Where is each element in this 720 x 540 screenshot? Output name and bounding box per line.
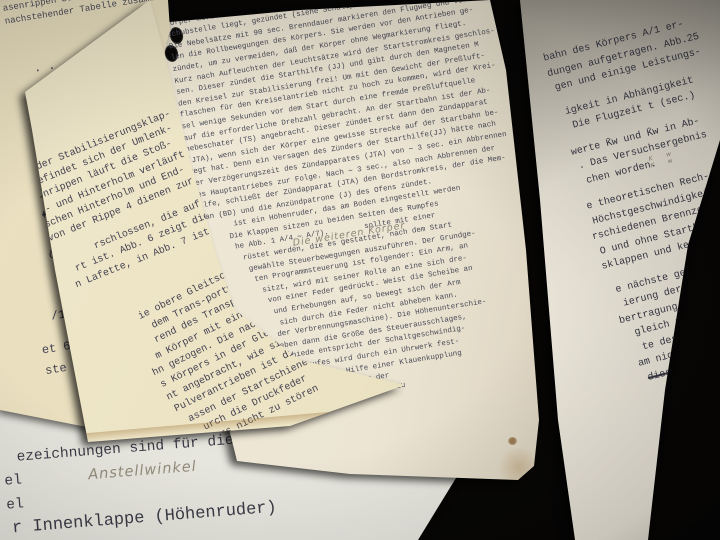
page-left-fragments: · ·kg· ·kguf-e2, 32nd 5-gur-örperanteurt… <box>0 58 104 394</box>
text-line: sklappen und keine <box>594 210 720 277</box>
text-line: örper <box>0 239 86 281</box>
text-line: schiede entspricht der Schaltgeschwindig… <box>219 307 576 375</box>
text-line: gur- <box>0 219 83 261</box>
aged-corner <box>496 448 542 486</box>
text-line: dem Trans-portwagen <box>0 267 267 411</box>
text-line <box>563 85 720 147</box>
pencil-annotation-middle: Die weiteren Körper <box>292 220 406 249</box>
text-line: - und Hinterholm verläuft <box>0 148 189 274</box>
text-line: urte <box>0 280 92 322</box>
text-line: et 60 %. <box>0 332 101 374</box>
text-line: el <box>6 450 566 517</box>
text-line: urch die Druckfeder <box>41 369 317 513</box>
text-line: . Das Versuchsergebnis <box>569 110 720 177</box>
page-left-header-text: asenrippen bestehen ausnachstehender Tab… <box>2 0 233 29</box>
text-line: r Innenklappe (Höhenruder) <box>7 474 567 540</box>
text-line: kg <box>0 78 60 120</box>
page-two-upper-text: tange der Stabilisierungsklap-befindet s… <box>0 108 220 348</box>
text-line: Anstellwinkel <box>4 427 564 494</box>
text-line: rammablaufes wird durch ein Uhrwerk fest… <box>221 318 578 386</box>
text-line: hilfe, schließt der Zündapparat (JTA) de… <box>194 146 551 214</box>
text-line: e theoretischen Rech- <box>579 149 720 216</box>
punch-hole-icon <box>168 26 184 45</box>
text-line: 2, 32 <box>0 179 76 221</box>
text-line: n Lafette, in Abb. 7 ist <box>0 223 220 349</box>
text-line: Körpers nicht zu stören <box>48 382 324 526</box>
text-line: nd Cy, CL, CN u <box>0 380 560 447</box>
text-line: hn gezogen. Die nachfol- <box>10 305 286 449</box>
text-line: Pulverantrieben ist die <box>29 343 305 487</box>
text-line: hrungen, die aerodynamisch verkleidet. D… <box>163 0 520 19</box>
text-line: Höchstgeschwindigkeit <box>583 164 720 231</box>
text-line: gleich nach dem <box>612 279 720 346</box>
page-bottom-sheet: nd Cy, CL, CN uezeichnungen sind für die… <box>0 0 720 540</box>
text-line: s Körpers in der Gleit- <box>16 318 292 462</box>
text-line: kg <box>0 118 67 160</box>
text-line: ezeichnungen sind für die Winkel: <box>2 403 562 470</box>
text-line: Die Flugzeit t (sec.) <box>559 70 720 137</box>
text-line: m Körper mit einer an <box>4 292 280 436</box>
text-line: schubstelle liegt, gezündet (siehe Schal… <box>167 0 524 42</box>
text-line: von der Rippe 4 dienen zur <box>0 174 200 300</box>
text-line: rüstet werden, die es gestattet, nach de… <box>203 204 560 272</box>
text-line: am nicht mehr zum <box>619 310 720 377</box>
page-right-shadow-overlay <box>480 0 720 210</box>
page-middle: hrungen, die aerodynamisch verkleidet. D… <box>0 0 720 540</box>
photo-vignette <box>0 0 720 540</box>
text-line: chen worden. <box>573 125 720 192</box>
text-line: bertragung von Meß- <box>608 264 720 331</box>
page-left: asenrippen bestehen ausnachstehender Tab… <box>0 0 720 540</box>
text-line: Kurz nach Aufleuchten der Leuchtsätze wi… <box>174 20 531 88</box>
text-line: gewählte Steuerbewegungen auszuführen. D… <box>205 215 562 283</box>
text-line: wischen Hinterholm und End- <box>0 161 195 287</box>
text-line: ten Programmsteuerung ist folgender: Ein… <box>207 227 564 295</box>
text-line: tange der Stabilisierungsklap- <box>0 108 173 234</box>
text-line: assen der Startschiene <box>35 356 311 500</box>
text-line: der Verbrennungsmaschine). Die Höhenunte… <box>216 284 573 352</box>
text-line: rend des Transportes. <box>0 280 274 424</box>
text-line <box>553 45 720 107</box>
text-line: ierung der Rollbe- <box>604 249 720 316</box>
page-two-lower-text: ie obere Gleitschienedem Trans-portwagen… <box>0 254 323 526</box>
text-line: ist ein Höhenruder, das am Boden eingest… <box>197 169 554 237</box>
page-bottom-text: nd Cy, CL, CN uezeichnungen sind für die… <box>0 380 567 540</box>
text-line: uf- <box>0 139 70 181</box>
text-line: sen. Dieser zündet die Starthilfe (JJ) u… <box>176 32 533 100</box>
text-line: hebeschater (TS) angebracht. Dieser zünd… <box>185 89 542 157</box>
text-line: des Hauptantriebes zur Folge. Nach ∼ 3 s… <box>192 135 549 203</box>
text-line: gen und einige Leistungs- <box>549 30 720 97</box>
aged-edge <box>72 406 402 444</box>
text-line: ie obere Gleitschiene <box>0 254 261 398</box>
page-two: tange der Stabilisierungsklap-befindet s… <box>0 0 720 540</box>
text-line: igkeit in Abhängigkeit <box>556 55 720 122</box>
pencil-annotation-kw: Kw Kw <box>648 139 720 170</box>
text-line: bringt. Nach einer Umdrehung der <box>225 341 582 409</box>
text-line: nt angebracht, wie sie <box>23 331 299 475</box>
text-line: e <box>0 159 73 201</box>
text-line: sitzt, wird mit seiner Rolle an eine sic… <box>208 238 565 306</box>
text-line: Die Klappen sitzen zu beiden Seiten des … <box>199 181 556 249</box>
photo-of-typewritten-documents: bahn des Körpers A/1 er-dungen aufgetrag… <box>0 0 720 540</box>
page-left-sheet: asenrippen bestehen ausnachstehender Tab… <box>0 0 720 540</box>
text-line: e nächste gestartet <box>600 234 720 301</box>
text-line: · · <box>0 58 57 100</box>
page-two-sheet: tange der Stabilisierungsklap-befindet s… <box>0 0 720 540</box>
page-right-text: bahn des Körpers A/1 er-dungen aufgetrag… <box>542 0 720 392</box>
text-line: körper werden von einem Startbunker aus,… <box>165 0 522 31</box>
text-line: flaschen für den Kreiselantrieb nicht zu… <box>179 55 536 123</box>
text-line: sel wenige Sekunden vor dem Start durch … <box>181 66 538 134</box>
text-line: zündet, um zu vermeiden, daß der Körper … <box>172 9 529 77</box>
page-middle-text: hrungen, die aerodynamisch verkleidet. D… <box>163 0 584 420</box>
text-line: werte K̄w und K̄w in Ab- <box>566 95 720 162</box>
text-line: Steuerprogramm wiederholen. Um das zu <box>226 352 583 420</box>
text-line: von einer Feder gedrückt. Weist die Sche… <box>210 249 567 317</box>
text-line: bahn des Körpers A/1 er- <box>542 0 720 67</box>
text-line: sich durch die Feder nicht abheben kann. <box>214 272 571 340</box>
text-line: befindet sich der Umlenk- <box>0 121 179 247</box>
text-line: nachstehender Tabelle zusammen <box>4 0 233 29</box>
text-line: nd 5- <box>0 199 80 241</box>
text-line: dungen aufgetragen. Abb.25 <box>546 15 720 82</box>
text-line: he Abb. 1 A/4 ∼ A/7). sollte mit einer <box>201 192 558 260</box>
text-line: (JTA), wenn sich der Körper eine gewisse… <box>187 101 544 169</box>
text-line: /1. In <box>0 300 95 342</box>
page-right-sheet: bahn des Körpers A/1 er-dungen aufgetrag… <box>0 0 720 540</box>
page-right: bahn des Körpers A/1 er-dungen aufgetrag… <box>0 0 720 540</box>
page-middle-sheet: hrungen, die aerodynamisch verkleidet. D… <box>0 0 720 540</box>
text-line <box>598 225 720 287</box>
text-line: ante <box>0 260 89 302</box>
text-line <box>577 140 720 202</box>
text-line: auf die erforderliche Drehzahl gebracht.… <box>183 78 540 146</box>
page-bottom: nd Cy, CL, CN uezeichnungen sind für die… <box>0 0 720 540</box>
text-line: Die Nebelsätze mit 90 sec. Brenndauer ma… <box>168 0 525 54</box>
text-line: el <box>4 427 564 494</box>
text-line: rt ist. Abb. 6 zeigt die <box>0 209 214 335</box>
text-line: senrippen läuft die Stoß- <box>0 134 184 260</box>
text-line <box>0 320 97 354</box>
text-line: ste sind <box>0 352 104 394</box>
text-line: rschlossen, die auf <box>0 196 209 322</box>
text-line: bran (BD) und die Anzündpatrone (J) des … <box>196 158 553 226</box>
text-line: wegt hat. Denn ein Versagen des Zünders … <box>188 112 545 180</box>
text-line: geben dann die Größe des Steuerausschlag… <box>217 295 574 363</box>
text-line: rschiedenen Brennzei- <box>587 179 720 246</box>
text-line: den Kreisel zur Stabilisierung frei! Um … <box>178 43 535 111</box>
text-line: O und ohne Starthilfe <box>591 195 720 262</box>
text-line: · · <box>0 98 64 140</box>
text-line <box>0 187 204 309</box>
text-line: len die Rollbewegungen des Körpers. Sie … <box>170 0 527 65</box>
text-line: te deshalb mit <box>615 294 720 361</box>
punch-hole-icon <box>163 44 179 63</box>
stain <box>508 437 517 445</box>
text-line: der Verzögerungszeit des Zündapparates (… <box>190 123 547 191</box>
text-line: in Zeit mit Hilfe einer Klauenkupplung <box>223 330 580 398</box>
text-line: asenrippen bestehen aus <box>2 0 231 16</box>
text-line: und Erhebungen auf, so bewegt sich der A… <box>212 261 569 329</box>
text-line: diesen Gebieten <box>623 325 720 392</box>
